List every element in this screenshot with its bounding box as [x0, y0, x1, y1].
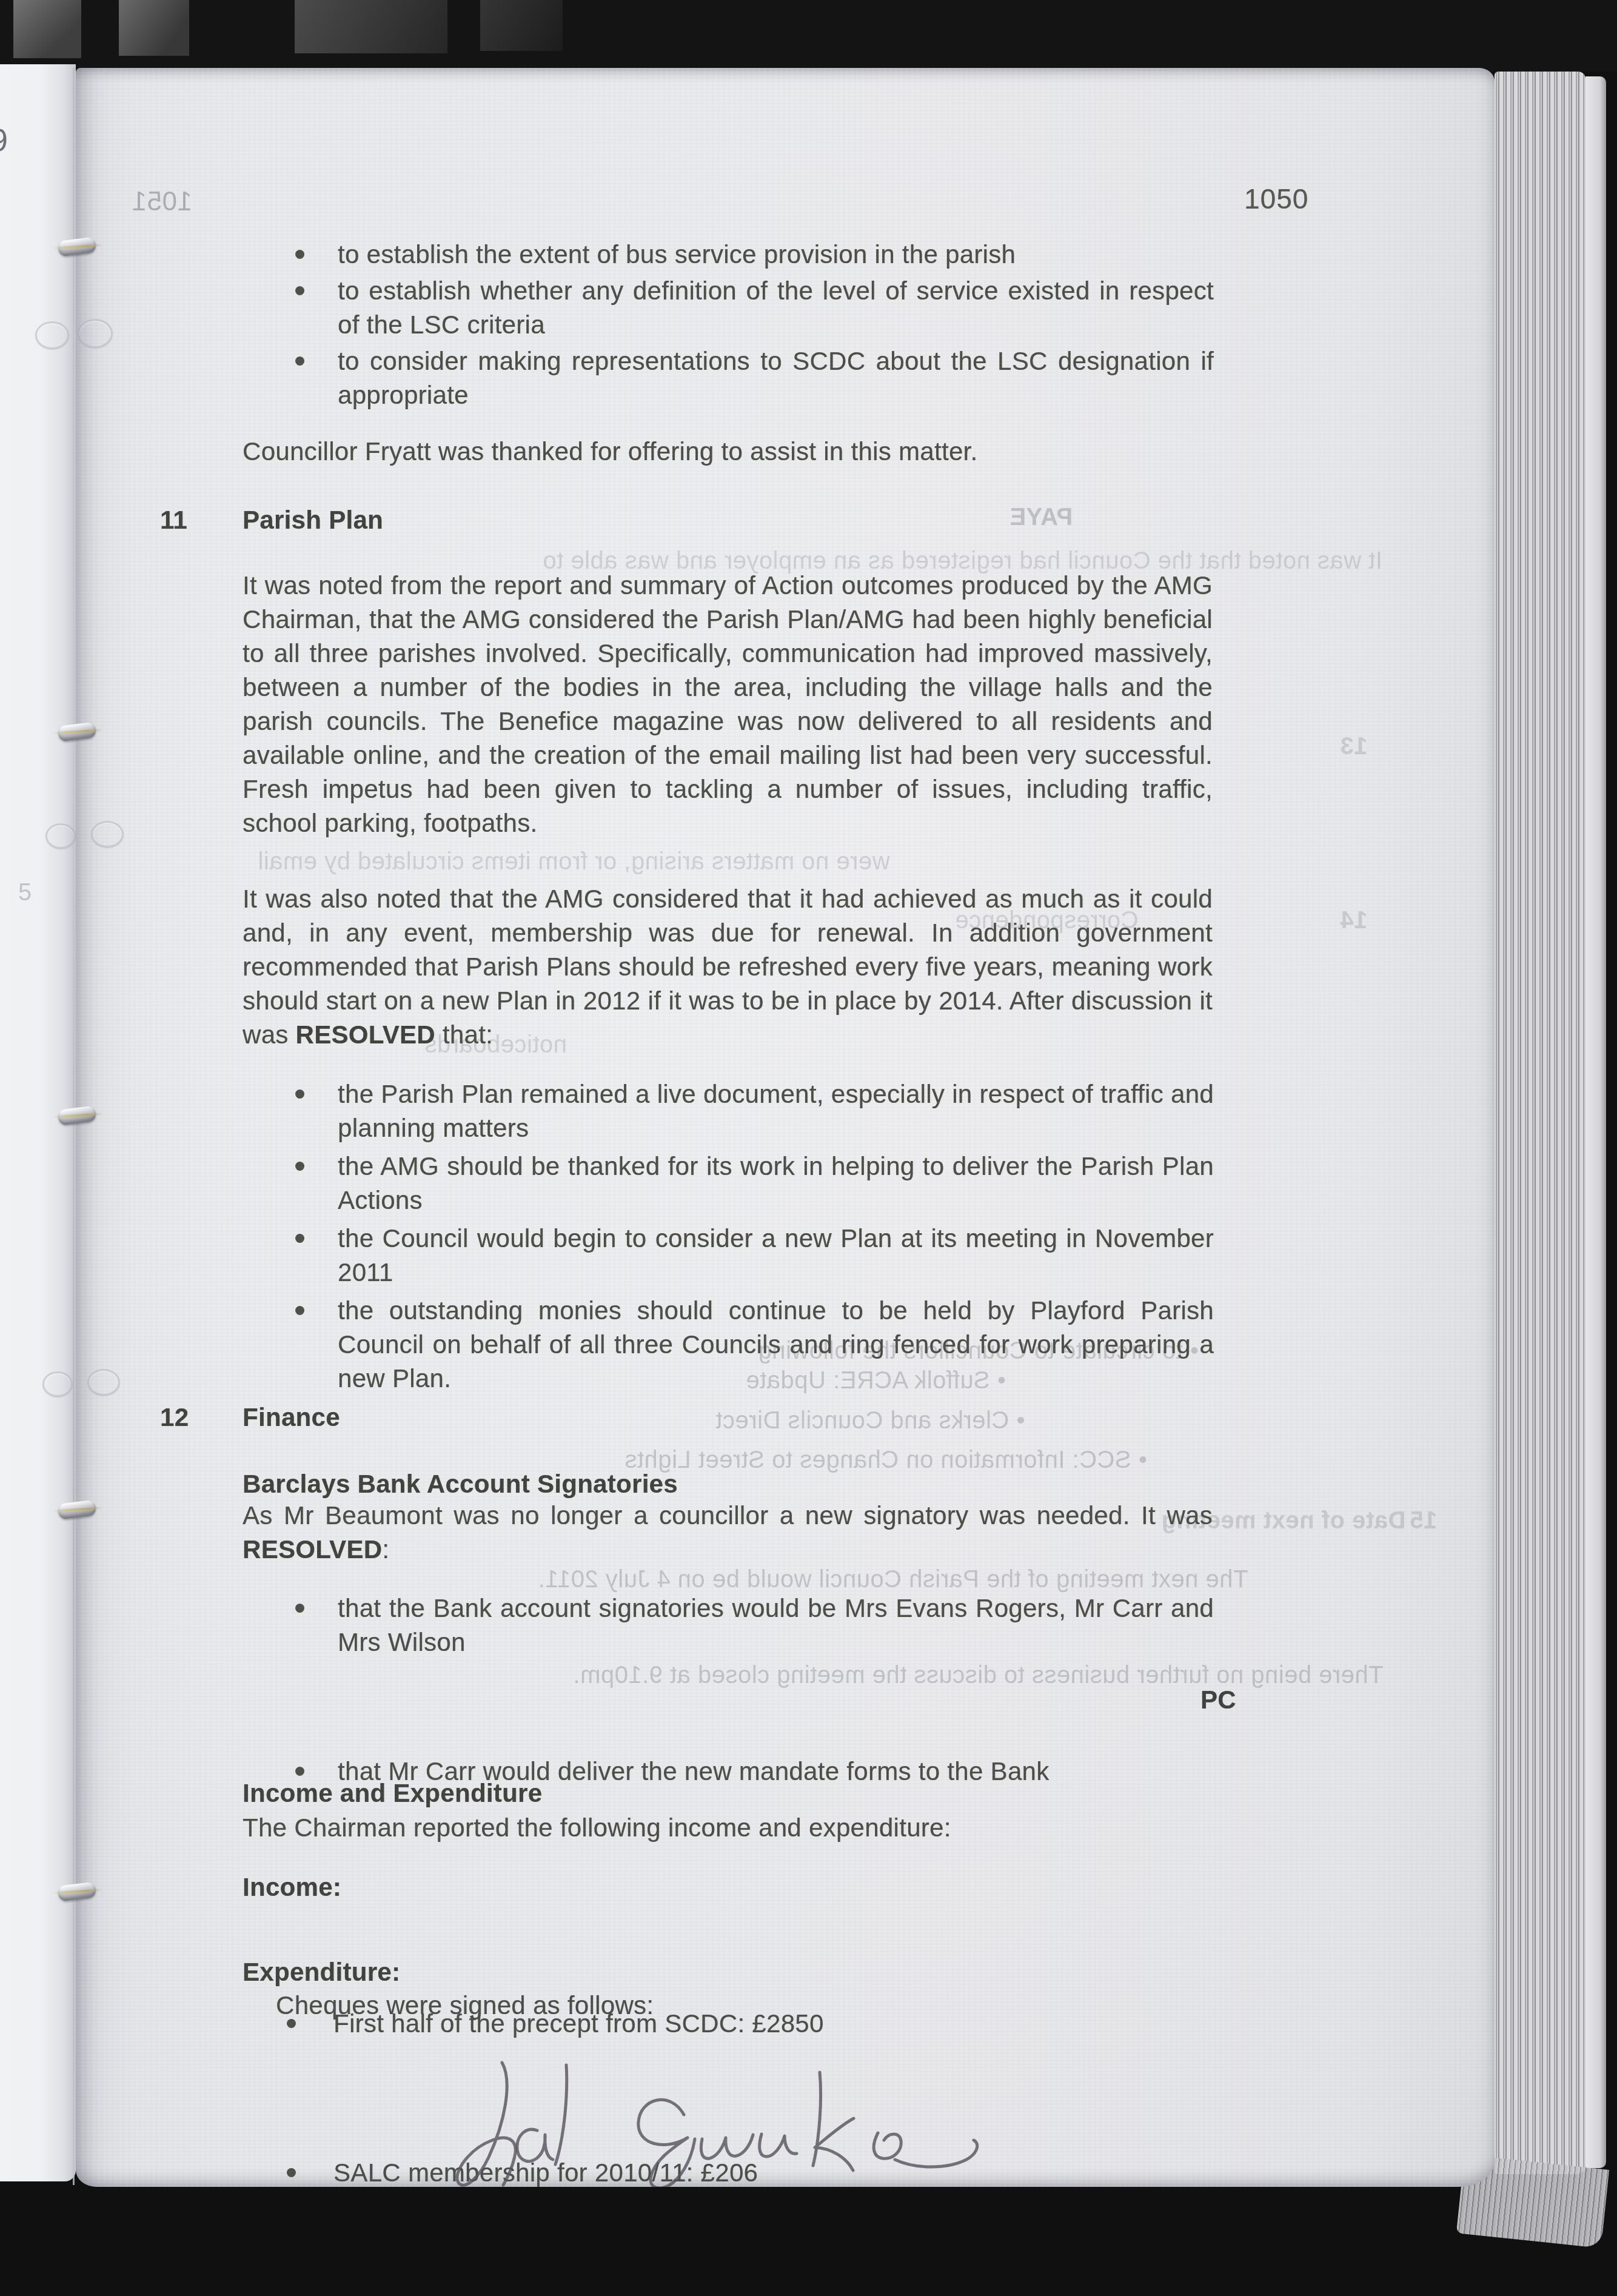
- list-item: the Council would begin to consider a ne…: [338, 1222, 1214, 1290]
- punch-hole-impression: [45, 823, 76, 849]
- ghost-section-number: 13: [1340, 731, 1368, 761]
- cover-texture-block: [295, 0, 447, 53]
- income-label: Income:: [243, 1870, 341, 1904]
- paragraph-text: As Mr Beaumont was no longer a councillo…: [243, 1501, 1213, 1530]
- cover-texture-block: [13, 0, 81, 58]
- barclays-paragraph: As Mr Beaumont was no longer a councillo…: [243, 1499, 1213, 1567]
- paragraph-text: :: [382, 1535, 389, 1564]
- action-initials: PC: [1200, 1683, 1236, 1717]
- ghost-section-number: 15: [1410, 1505, 1438, 1536]
- cover-texture-block: [119, 0, 189, 56]
- punch-hole-impression: [91, 821, 124, 848]
- ghost-page-number: 1051: [132, 187, 192, 217]
- previous-page-digit-faint: 5: [18, 879, 32, 906]
- resolved-keyword: RESOLVED: [243, 1535, 382, 1564]
- previous-page-digit: 9: [0, 122, 8, 159]
- punch-hole-impression: [78, 319, 113, 348]
- parish-plan-paragraph-2: It was also noted that the AMG considere…: [243, 882, 1213, 1052]
- section-12-title: Finance: [243, 1401, 340, 1434]
- right-page-stack-outer: [1585, 76, 1606, 2168]
- punch-hole-impression: [42, 1371, 73, 1397]
- ghost-section-number: 14: [1340, 905, 1368, 935]
- ghost-paye-heading: PAYE: [1009, 502, 1073, 532]
- fryatt-note: Councillor Fryatt was thanked for offeri…: [243, 435, 1225, 469]
- expenditure-label: Expenditure:: [243, 1955, 400, 1989]
- ghost-line: were no matters arising, or from items c…: [258, 846, 890, 877]
- minutes-page: 1051 PAYE It was noted that the Council …: [76, 68, 1495, 2187]
- section-11-number: 11: [160, 503, 187, 537]
- ghost-line: • SCC: Information on Changes to Street …: [624, 1445, 1147, 1475]
- parish-plan-paragraph-1: It was noted from the report and summary…: [243, 569, 1213, 840]
- scanned-minute-book-photo: 9 5 1051 PAYE It was noted that the Coun…: [0, 0, 1617, 2296]
- page-number: 1050: [1244, 182, 1308, 216]
- right-page-stack-edges: [1495, 72, 1585, 2174]
- income-expenditure-heading: Income and Expenditure: [243, 1776, 542, 1810]
- ghost-line: • Clerks and Councils Direct: [715, 1405, 1025, 1436]
- income-expenditure-intro: The Chairman reported the following inco…: [243, 1811, 1225, 1845]
- list-item: the Parish Plan remained a live document…: [338, 1077, 1214, 1145]
- chairman-signature: [424, 2055, 1031, 2187]
- list-item: to establish the extent of bus service p…: [338, 238, 1214, 272]
- list-item: the outstanding monies should continue t…: [338, 1294, 1214, 1396]
- binding-gutter-line: [73, 68, 75, 2185]
- list-item: the AMG should be thanked for its work i…: [338, 1150, 1214, 1217]
- expenditure-intro: Cheques were signed as follows:: [276, 1989, 1185, 2023]
- bank-bullet-1: that the Bank account signatories would …: [338, 1591, 1214, 1659]
- barclays-subheading: Barclays Bank Account Signatories: [243, 1467, 678, 1501]
- paragraph-text: that:: [435, 1020, 493, 1049]
- cover-texture-block: [480, 0, 563, 51]
- punch-hole-impression: [35, 321, 69, 349]
- punch-hole-impression: [87, 1369, 120, 1396]
- list-item: to consider making representations to SC…: [338, 344, 1214, 412]
- list-item: to establish whether any definition of t…: [338, 274, 1214, 342]
- resolution-bullet-list: the Parish Plan remained a live document…: [338, 1077, 1214, 1400]
- section-11-title: Parish Plan: [243, 503, 383, 537]
- resolved-keyword: RESOLVED: [296, 1020, 435, 1049]
- book-cover-top-edge: [0, 0, 1617, 72]
- section-12-number: 12: [160, 1401, 189, 1434]
- ghost-line: There being no further business to discu…: [573, 1660, 1384, 1690]
- ghost-line: The next meeting of the Parish Council w…: [538, 1564, 1248, 1595]
- signature-strokes: [424, 2055, 1031, 2187]
- intro-bullet-list: to establish the extent of bus service p…: [338, 238, 1214, 415]
